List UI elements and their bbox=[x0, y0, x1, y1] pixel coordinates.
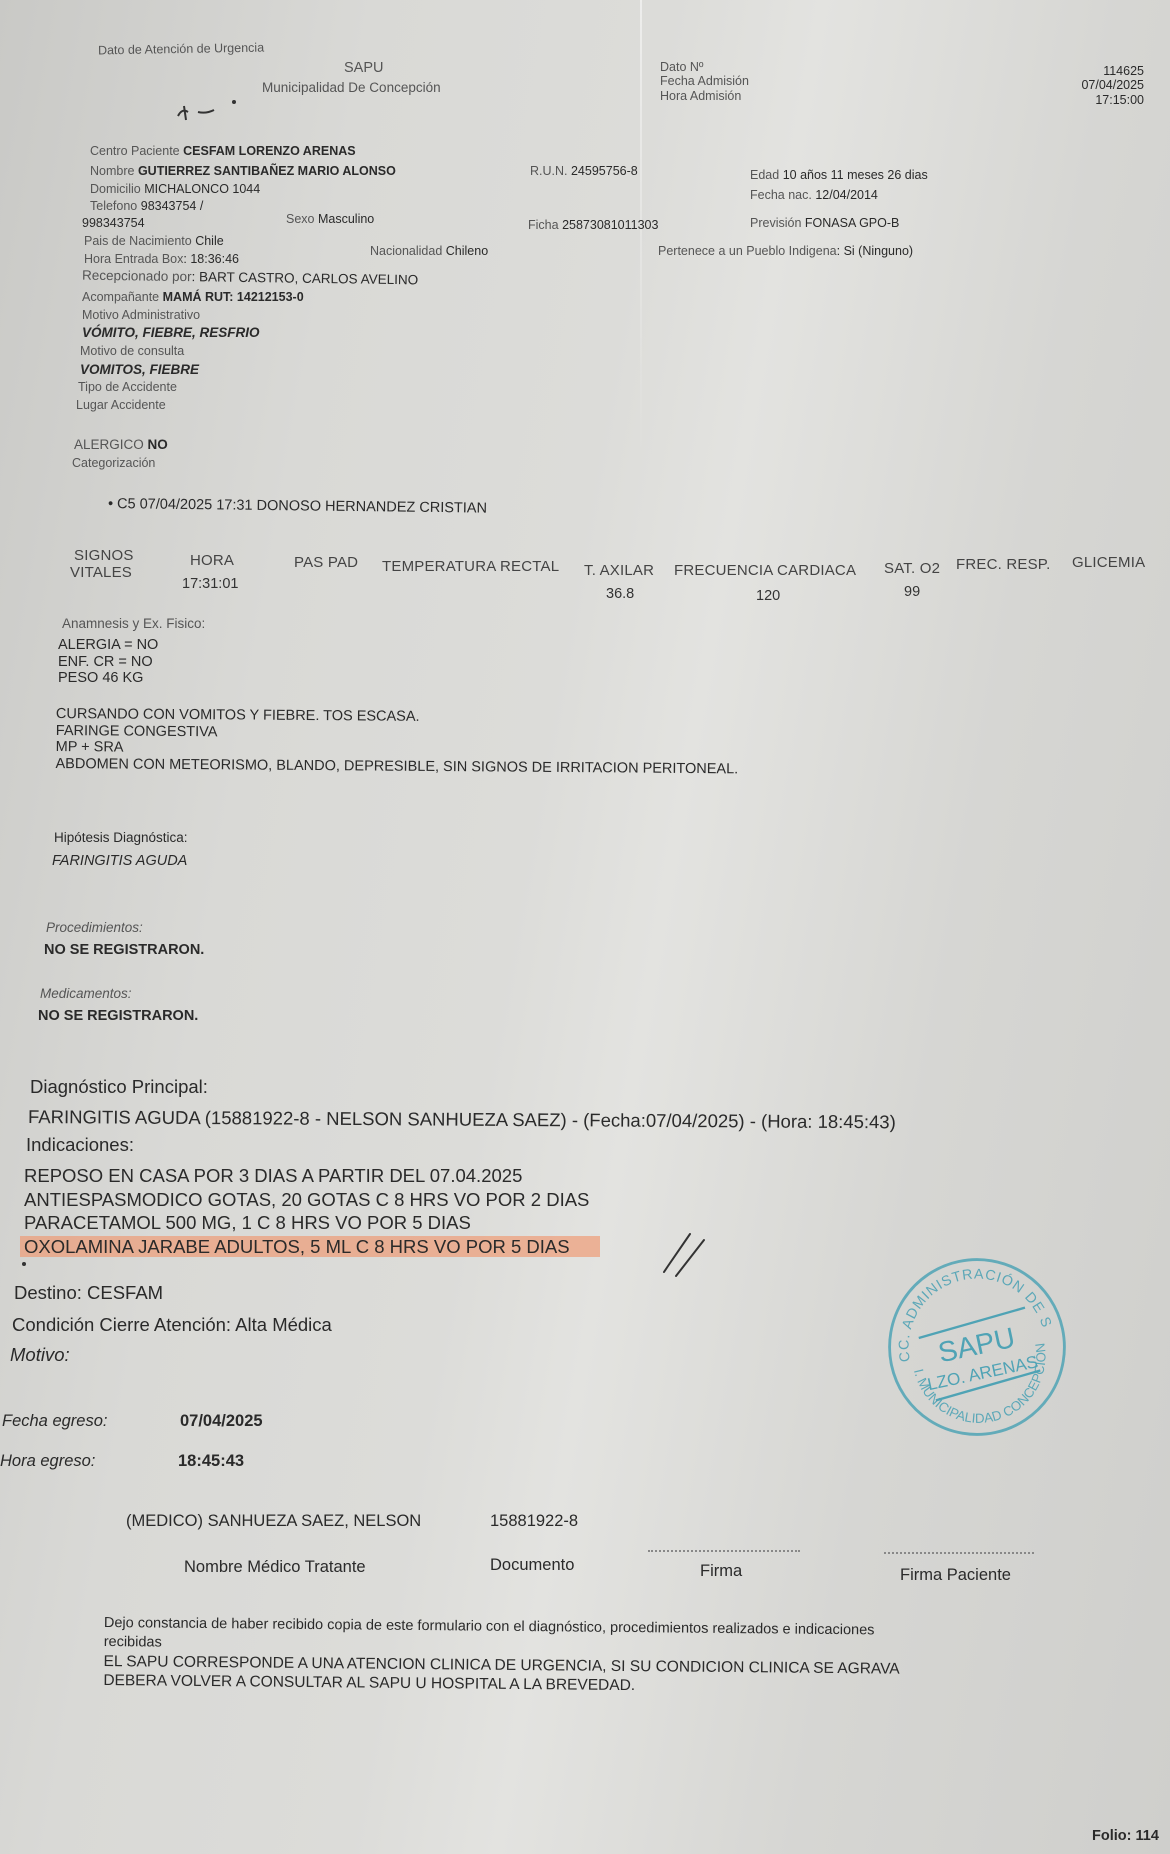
domicilio-label: Domicilio bbox=[90, 182, 141, 196]
condicion-row: Condición Cierre Atención: Alta Médica bbox=[12, 1314, 332, 1336]
hora-admision-label: Hora Admisión bbox=[660, 89, 749, 103]
patient-pais: Pais de Nacimiento Chile bbox=[84, 234, 224, 248]
motivo-label: Motivo: bbox=[10, 1344, 70, 1366]
bullet-icon: • bbox=[108, 496, 117, 512]
pais-label: Pais de Nacimiento bbox=[84, 234, 192, 248]
ficha-label: Ficha bbox=[528, 218, 559, 232]
patient-name: Nombre GUTIERREZ SANTIBAÑEZ MARIO ALONSO bbox=[90, 164, 396, 178]
telefono-label: Telefono bbox=[90, 199, 137, 213]
medico-name: (MEDICO) SANHUEZA SAEZ, NELSON bbox=[126, 1512, 421, 1531]
medico-label: Nombre Médico Tratante bbox=[184, 1558, 366, 1577]
patient-nacionalidad: Nacionalidad Chileno bbox=[370, 244, 488, 258]
categorizacion-label: Categorización bbox=[72, 456, 155, 470]
vitals-title: SIGNOS VITALES bbox=[70, 548, 134, 581]
nombre-value: GUTIERREZ SANTIBAÑEZ MARIO ALONSO bbox=[138, 164, 396, 178]
telefono-value-2: 998343754 bbox=[82, 216, 145, 230]
vitals-sat-o2-value: 99 bbox=[904, 584, 920, 600]
condicion-value: Alta Médica bbox=[235, 1314, 332, 1335]
vitals-frec-resp-label: FREC. RESP. bbox=[956, 556, 1050, 573]
sapu-stamp: DIRECC. ADMINISTRACIÓN DE SALUD I. MUNIC… bbox=[864, 1234, 1089, 1459]
fecha-admision-value: 07/04/2025 bbox=[1060, 78, 1144, 92]
run-label: R.U.N. bbox=[530, 164, 568, 178]
admission-labels: Dato Nº Fecha Admisión Hora Admisión bbox=[660, 60, 749, 103]
recepcionado-label: Recepcionado por bbox=[82, 268, 192, 285]
patient-hora-box: Hora Entrada Box: 18:36:46 bbox=[84, 252, 239, 266]
fecha-egreso-value: 07/04/2025 bbox=[180, 1412, 263, 1431]
institution-name: SAPU bbox=[344, 60, 384, 76]
recepcionado-value: BART CASTRO, CARLOS AVELINO bbox=[199, 269, 418, 287]
edad-value: 10 años 11 meses 26 dias bbox=[783, 168, 928, 182]
firma-label: Firma bbox=[700, 1562, 742, 1581]
centro-value: CESFAM LORENZO ARENAS bbox=[183, 144, 355, 158]
documento-label: Documento bbox=[490, 1556, 574, 1575]
anamnesis-line: ENF. CR = NO bbox=[58, 654, 158, 671]
hipotesis-value: FARINGITIS AGUDA bbox=[52, 853, 187, 869]
vitals-glicemia-label: GLICEMIA bbox=[1072, 554, 1145, 571]
alergico-row: ALERGICO NO bbox=[74, 437, 168, 452]
telefono-value-1: 98343754 / bbox=[141, 199, 204, 213]
municipality-name: Municipalidad De Concepción bbox=[262, 80, 441, 95]
medicamentos-value: NO SE REGISTRARON. bbox=[38, 1008, 198, 1024]
alergico-value: NO bbox=[148, 437, 168, 452]
firma-paciente-line bbox=[884, 1552, 1034, 1554]
indicacion-item: REPOSO EN CASA POR 3 DIAS A PARTIR DEL 0… bbox=[24, 1164, 600, 1188]
firma-paciente-label: Firma Paciente bbox=[900, 1566, 1011, 1585]
condicion-label: Condición Cierre Atención: bbox=[12, 1314, 231, 1335]
exam-lines: CURSANDO CON VOMITOS Y FIEBRE. TOS ESCAS… bbox=[55, 706, 738, 778]
footer-text: Dejo constancia de haber recibido copia … bbox=[103, 1614, 900, 1698]
dot-mark bbox=[22, 1262, 26, 1266]
acompanante-value: MAMÁ RUT: 14212153-0 bbox=[163, 290, 304, 304]
patient-run: R.U.N. 24595756-8 bbox=[530, 164, 638, 178]
patient-ficha: Ficha 25873081011303 bbox=[528, 218, 658, 232]
motivo-consulta-label: Motivo de consulta bbox=[80, 344, 184, 358]
hora-admision-value: 17:15:00 bbox=[1060, 93, 1144, 107]
hipotesis-label: Hipótesis Diagnóstica: bbox=[54, 830, 188, 845]
patient-prevision: Previsión FONASA GPO-B bbox=[750, 216, 899, 230]
categorizacion-value: C5 07/04/2025 17:31 DONOSO HERNANDEZ CRI… bbox=[117, 496, 487, 517]
alergico-label: ALERGICO bbox=[74, 437, 144, 452]
firma-line bbox=[648, 1550, 800, 1552]
pueblo-value: Si (Ninguno) bbox=[844, 244, 913, 258]
vitals-hora-value: 17:31:01 bbox=[182, 576, 238, 592]
anamnesis-line: PESO 46 KG bbox=[58, 670, 158, 687]
admission-values: 114625 07/04/2025 17:15:00 bbox=[1060, 64, 1144, 107]
motivo-consulta-value: VOMITOS, FIEBRE bbox=[80, 362, 199, 377]
fecha-nac-label: Fecha nac. bbox=[750, 188, 812, 202]
dato-label: Dato Nº bbox=[660, 60, 749, 74]
motivo-admin-label: Motivo Administrativo bbox=[82, 308, 200, 322]
form-title: Dato de Atención de Urgencia bbox=[98, 41, 264, 58]
anamnesis-label: Anamnesis y Ex. Fisico: bbox=[62, 616, 205, 631]
folio-label: Folio: bbox=[1092, 1828, 1131, 1844]
vitals-title-line-2: VITALES bbox=[70, 565, 134, 582]
destino-row: Destino: CESFAM bbox=[14, 1282, 163, 1304]
patient-fecha-nac: Fecha nac. 12/04/2014 bbox=[750, 188, 878, 202]
folio-value: 114 bbox=[1136, 1828, 1159, 1844]
procedimientos-label: Procedimientos: bbox=[46, 920, 143, 935]
indicacion-item: PARACETAMOL 500 MG, 1 C 8 HRS VO POR 5 D… bbox=[24, 1211, 600, 1235]
vitals-t-axilar-value: 36.8 bbox=[606, 586, 634, 602]
centro-label: Centro Paciente bbox=[90, 144, 180, 158]
vitals-frec-cardiaca-label: FRECUENCIA CARDIACA bbox=[674, 562, 856, 579]
vitals-frec-cardiaca-value: 120 bbox=[756, 588, 780, 604]
patient-telefono: Telefono 98343754 / bbox=[90, 199, 203, 213]
folio: Folio: 114 bbox=[1092, 1828, 1159, 1844]
tipo-accidente-label: Tipo de Accidente bbox=[78, 380, 177, 394]
fecha-nac-value: 12/04/2014 bbox=[815, 188, 878, 202]
highlighted-indicacion: OXOLAMINA JARABE ADULTOS, 5 ML C 8 HRS V… bbox=[20, 1236, 600, 1257]
run-value: 24595756-8 bbox=[571, 164, 638, 178]
indicacion-item-highlighted: OXOLAMINA JARABE ADULTOS, 5 ML C 8 HRS V… bbox=[24, 1235, 600, 1259]
patient-sexo: Sexo Masculino bbox=[286, 212, 374, 226]
destino-label: Destino: bbox=[14, 1282, 82, 1303]
anamnesis-lines: ALERGIA = NO ENF. CR = NO PESO 46 KG bbox=[58, 637, 158, 687]
motivo-admin-value: VÓMITO, FIEBRE, RESFRIO bbox=[82, 325, 260, 340]
pueblo-label: Pertenece a un Pueblo Indigena bbox=[658, 244, 837, 258]
anamnesis-line: ALERGIA = NO bbox=[58, 637, 158, 654]
pais-value: Chile bbox=[195, 234, 224, 248]
sexo-value: Masculino bbox=[318, 212, 374, 226]
patient-pueblo: Pertenece a un Pueblo Indigena: Si (Ning… bbox=[658, 244, 913, 258]
patient-edad: Edad 10 años 11 meses 26 dias bbox=[750, 168, 928, 182]
fecha-admision-label: Fecha Admisión bbox=[660, 74, 749, 88]
vitals-sat-o2-label: SAT. O2 bbox=[884, 560, 940, 577]
vitals-hora-label: HORA bbox=[190, 552, 234, 569]
destino-value: CESFAM bbox=[87, 1282, 163, 1303]
patient-domicilio: Domicilio MICHALONCO 1044 bbox=[90, 182, 260, 196]
vitals-t-axilar-label: T. AXILAR bbox=[584, 562, 654, 579]
handwritten-mark bbox=[172, 94, 242, 124]
centro-paciente: Centro Paciente CESFAM LORENZO ARENAS bbox=[90, 144, 356, 158]
diagnostico-value: FARINGITIS AGUDA (15881922-8 - NELSON SA… bbox=[28, 1106, 896, 1133]
prevision-value: FONASA GPO-B bbox=[805, 216, 899, 230]
lugar-accidente-label: Lugar Accidente bbox=[76, 398, 166, 412]
fecha-egreso-label: Fecha egreso: bbox=[2, 1412, 107, 1431]
diagnostico-label: Diagnóstico Principal: bbox=[30, 1076, 208, 1098]
dato-value: 114625 bbox=[1060, 64, 1144, 78]
procedimientos-value: NO SE REGISTRARON. bbox=[44, 942, 204, 958]
prevision-label: Previsión bbox=[750, 216, 801, 230]
indicaciones-label: Indicaciones: bbox=[26, 1134, 134, 1156]
medicamentos-label: Medicamentos: bbox=[40, 986, 132, 1001]
nombre-label: Nombre bbox=[90, 164, 134, 178]
medico-documento: 15881922-8 bbox=[490, 1512, 578, 1531]
categorizacion-item: • C5 07/04/2025 17:31 DONOSO HERNANDEZ C… bbox=[108, 496, 487, 517]
patient-acompanante: Acompañante MAMÁ RUT: 14212153-0 bbox=[82, 290, 304, 304]
acompanante-label: Acompañante bbox=[82, 290, 159, 304]
indicacion-item: ANTIESPASMODICO GOTAS, 20 GOTAS C 8 HRS … bbox=[24, 1188, 600, 1212]
domicilio-value: MICHALONCO 1044 bbox=[144, 182, 260, 196]
hora-box-label: Hora Entrada Box bbox=[84, 252, 183, 266]
vitals-temp-rectal-label: TEMPERATURA RECTAL bbox=[382, 558, 559, 575]
hora-egreso-value: 18:45:43 bbox=[178, 1452, 244, 1471]
sexo-label: Sexo bbox=[286, 212, 315, 226]
hora-egreso-label: Hora egreso: bbox=[0, 1452, 95, 1471]
nacionalidad-value: Chileno bbox=[446, 244, 488, 258]
handwritten-checkmark-icon bbox=[660, 1230, 710, 1280]
patient-recepcionado: Recepcionado por: BART CASTRO, CARLOS AV… bbox=[82, 268, 418, 288]
hora-box-value: 18:36:46 bbox=[190, 252, 239, 266]
ficha-value: 25873081011303 bbox=[562, 218, 658, 232]
vitals-title-line-1: SIGNOS bbox=[70, 548, 134, 565]
indicaciones-list: REPOSO EN CASA POR 3 DIAS A PARTIR DEL 0… bbox=[24, 1164, 600, 1258]
nacionalidad-label: Nacionalidad bbox=[370, 244, 442, 258]
vitals-pas-pad-label: PAS PAD bbox=[294, 554, 358, 571]
edad-label: Edad bbox=[750, 168, 779, 182]
